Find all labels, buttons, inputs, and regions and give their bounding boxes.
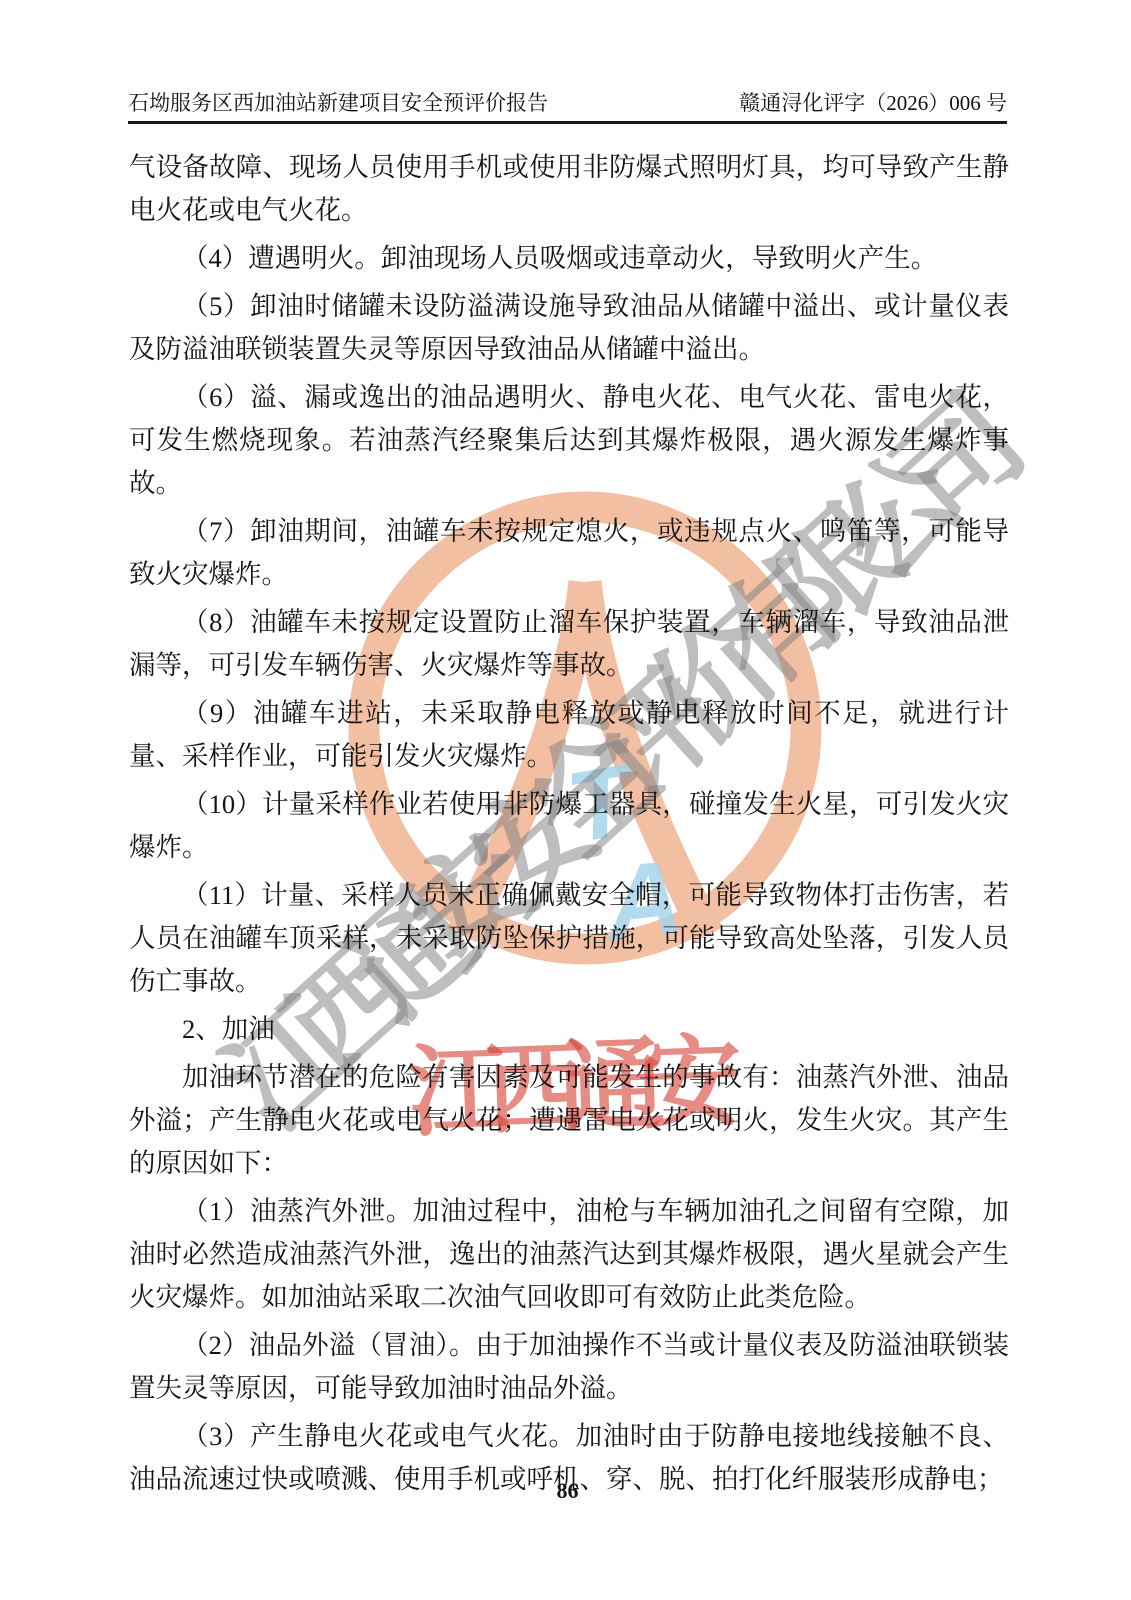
paragraph: 2、加油 (129, 1008, 1009, 1051)
paragraph: （6）溢、漏或逸出的油品遇明火、静电火花、电气火花、雷电火花，可发生燃烧现象。若… (129, 376, 1009, 505)
paragraph: 加油环节潜在的危险有害因素及可能发生的事故有：油蒸汽外泄、油品外溢；产生静电火花… (129, 1056, 1009, 1185)
page-number: 86 (128, 1478, 1007, 1504)
paragraph: （2）油品外溢（冒油）。由于加油操作不当或计量仪表及防溢油联锁装置失灵等原因，可… (129, 1324, 1009, 1410)
paragraph: （1）油蒸汽外泄。加油过程中，油枪与车辆加油孔之间留有空隙，加油时必然造成油蒸汽… (129, 1190, 1009, 1319)
page-header: 石坳服务区西加油站新建项目安全预评价报告 赣通浔化评字（2026）006 号 (128, 88, 1007, 118)
paragraph: （4）遭遇明火。卸油现场人员吸烟或违章动火，导致明火产生。 (129, 237, 1009, 280)
paragraph: （10）计量采样作业若使用非防爆工器具，碰撞发生火星，可引发火灾爆炸。 (129, 783, 1009, 869)
paragraph: （7）卸油期间，油罐车未按规定熄火，或违规点火、鸣笛等，可能导致火灾爆炸。 (129, 510, 1009, 596)
paragraph: 气设备故障、现场人员使用手机或使用非防爆式照明灯具，均可导致产生静电火花或电气火… (129, 146, 1009, 232)
header-left-title: 石坳服务区西加油站新建项目安全预评价报告 (128, 88, 548, 118)
paragraph: （11）计量、采样人员未正确佩戴安全帽，可能导致物体打击伤害，若人员在油罐车顶采… (129, 874, 1009, 1003)
header-rule (128, 121, 1007, 124)
paragraph: （9）油罐车进站，未采取静电释放或静电释放时间不足，就进行计量、采样作业，可能引… (129, 692, 1009, 778)
header-right-doc-number: 赣通浔化评字（2026）006 号 (739, 88, 1007, 118)
body-text: 气设备故障、现场人员使用手机或使用非防爆式照明灯具，均可导致产生静电火花或电气火… (129, 141, 1009, 1501)
paragraph: （5）卸油时储罐未设防溢满设施导致油品从储罐中溢出、或计量仪表及防溢油联锁装置失… (129, 285, 1009, 371)
document-page: T A 江西通安安全评价有限公司 江西通安 石坳服务区西加油站新建项目安全预评价… (0, 0, 1131, 1600)
paragraph: （8）油罐车未按规定设置防止溜车保护装置，车辆溜车，导致油品泄漏等，可引发车辆伤… (129, 601, 1009, 687)
